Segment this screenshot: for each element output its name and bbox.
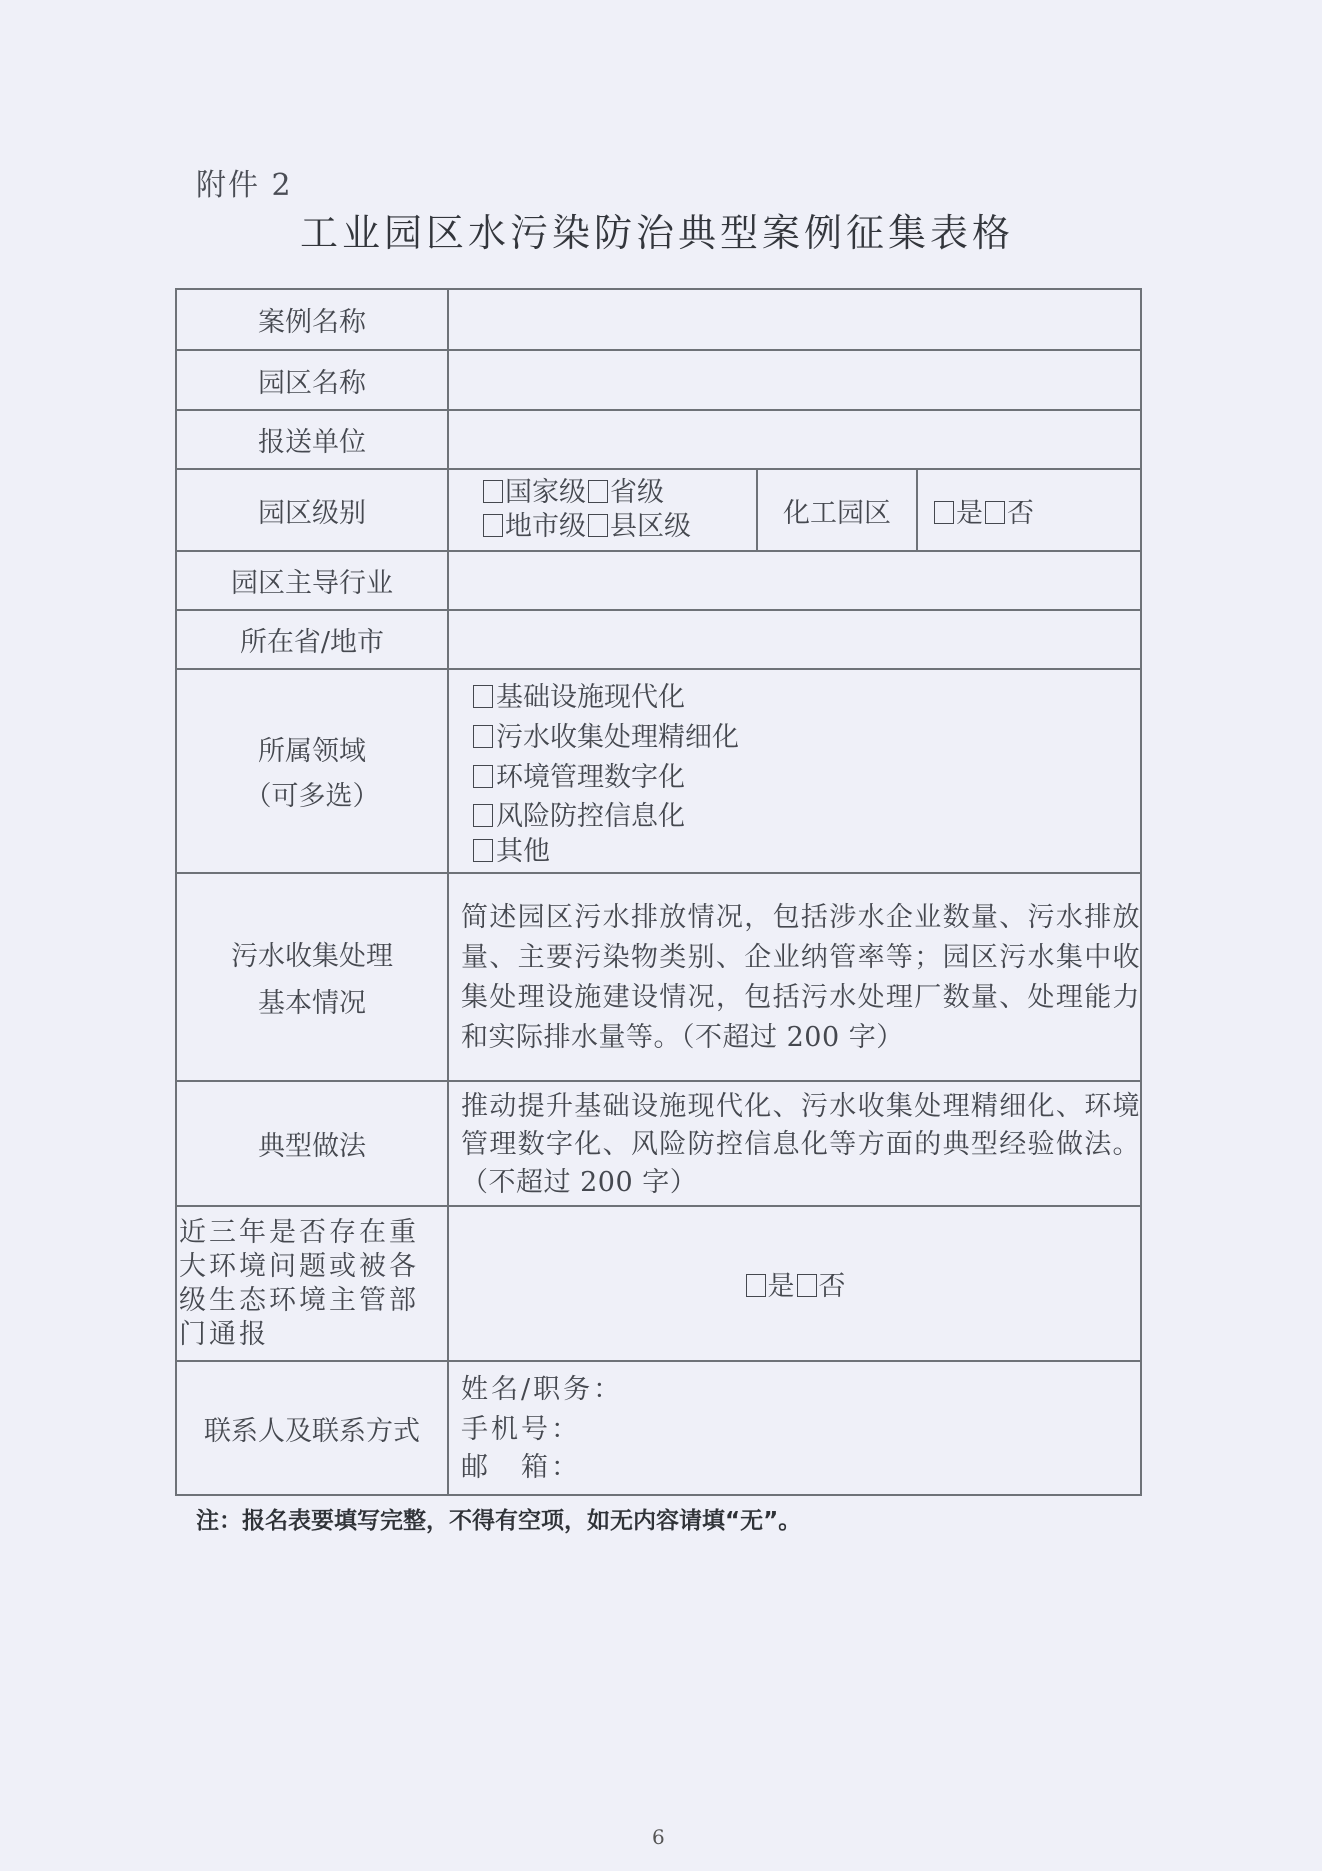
option-county-label: 县区级 — [610, 511, 691, 542]
checkbox-issue-yes[interactable] — [746, 1274, 766, 1297]
checkbox-county[interactable] — [588, 514, 608, 537]
major-issue-options: 是否 — [448, 1206, 1141, 1361]
footnote: 注：报名表要填写完整，不得有空项，如无内容请填“无”。 — [196, 1502, 801, 1535]
main-industry-label: 园区主导行业 — [176, 551, 448, 610]
table-row: 污水收集处理 基本情况 简述园区污水排放情况，包括涉水企业数量、污水排放量、主要… — [176, 873, 1141, 1081]
checkbox-chemical-no[interactable] — [985, 501, 1005, 524]
location-label: 所在省/地市 — [176, 610, 448, 669]
park-level-label: 园区级别 — [176, 469, 448, 551]
table-row: 联系人及联系方式 姓名/职务： 手机号： 邮 箱： — [176, 1361, 1141, 1495]
table-row: 园区主导行业 — [176, 551, 1141, 610]
typical-practice-hint: 推动提升基础设施现代化、污水收集处理精细化、环境管理数字化、风险防控信息化等方面… — [449, 1084, 1140, 1204]
table-row: 所在省/地市 — [176, 610, 1141, 669]
sewage-basic-hint: 简述园区污水排放情况，包括涉水企业数量、污水排放量、主要污染物类别、企业纳管率等… — [449, 894, 1140, 1060]
domain-options: 基础设施现代化 污水收集处理精细化 环境管理数字化 风险防控信息化 其他 — [448, 669, 1141, 873]
table-row: 所属领域 （可多选） 基础设施现代化 污水收集处理精细化 环境管理数字化 风险防… — [176, 669, 1141, 873]
chemical-park-label: 化工园区 — [757, 469, 917, 551]
checkbox-infrastructure[interactable] — [473, 685, 493, 708]
option-risk-info-label: 风险防控信息化 — [496, 801, 685, 832]
sewage-basic-label-line2: 基本情况 — [177, 981, 447, 1020]
checkbox-provincial[interactable] — [588, 480, 608, 503]
case-name-label: 案例名称 — [176, 289, 448, 350]
option-no-label: 否 — [1007, 498, 1034, 529]
option-city-label: 地市级 — [505, 511, 586, 542]
option-issue-no-label: 否 — [819, 1271, 846, 1302]
park-name-field[interactable] — [448, 350, 1141, 410]
option-national-label: 国家级 — [505, 477, 586, 508]
major-issue-label: 近三年是否存在重大环境问题或被各级生态环境主管部门通报 — [177, 1216, 447, 1352]
submitting-unit-field[interactable] — [448, 410, 1141, 469]
chemical-park-options: 是否 — [917, 469, 1141, 551]
option-other-label: 其他 — [496, 836, 550, 867]
domain-label: 所属领域 — [177, 729, 447, 768]
page-number: 6 — [652, 1825, 665, 1849]
submitting-unit-label: 报送单位 — [176, 410, 448, 469]
checkbox-risk-info[interactable] — [473, 804, 493, 827]
table-row: 典型做法 推动提升基础设施现代化、污水收集处理精细化、环境管理数字化、风险防控信… — [176, 1081, 1141, 1206]
option-provincial-label: 省级 — [610, 477, 664, 508]
contact-email: 邮 箱： — [449, 1450, 1140, 1486]
option-infrastructure-label: 基础设施现代化 — [496, 682, 685, 713]
domain-label-cell: 所属领域 （可多选） — [176, 669, 448, 873]
checkbox-city[interactable] — [483, 514, 503, 537]
main-industry-field[interactable] — [448, 551, 1141, 610]
option-yes-label: 是 — [956, 498, 983, 529]
checkbox-chemical-yes[interactable] — [934, 501, 954, 524]
typical-practice-label: 典型做法 — [176, 1081, 448, 1206]
sewage-basic-field[interactable]: 简述园区污水排放情况，包括涉水企业数量、污水排放量、主要污染物类别、企业纳管率等… — [448, 873, 1141, 1081]
sewage-basic-label-cell: 污水收集处理 基本情况 — [176, 873, 448, 1081]
contact-label: 联系人及联系方式 — [176, 1361, 448, 1495]
table-row: 园区名称 — [176, 350, 1141, 410]
case-form-table: 案例名称 园区名称 报送单位 园区级别 国家级省级 地市级县区级 化工园区 是否 — [175, 288, 1142, 1496]
sewage-basic-label-line1: 污水收集处理 — [177, 934, 447, 973]
park-level-options: 国家级省级 地市级县区级 — [448, 469, 757, 551]
option-sewage-refinement-label: 污水收集处理精细化 — [496, 722, 739, 753]
option-env-digital-label: 环境管理数字化 — [496, 762, 685, 793]
checkbox-env-digital[interactable] — [473, 765, 493, 788]
table-row: 报送单位 — [176, 410, 1141, 469]
table-row: 园区级别 国家级省级 地市级县区级 化工园区 是否 — [176, 469, 1141, 551]
location-field[interactable] — [448, 610, 1141, 669]
case-name-field[interactable] — [448, 289, 1141, 350]
typical-practice-field[interactable]: 推动提升基础设施现代化、污水收集处理精细化、环境管理数字化、风险防控信息化等方面… — [448, 1081, 1141, 1206]
park-name-label: 园区名称 — [176, 350, 448, 410]
table-row: 近三年是否存在重大环境问题或被各级生态环境主管部门通报 是否 — [176, 1206, 1141, 1361]
checkbox-sewage-refinement[interactable] — [473, 725, 493, 748]
option-issue-yes-label: 是 — [768, 1271, 795, 1302]
checkbox-national[interactable] — [483, 480, 503, 503]
major-issue-label-cell: 近三年是否存在重大环境问题或被各级生态环境主管部门通报 — [176, 1206, 448, 1361]
contact-phone: 手机号： — [449, 1410, 1140, 1450]
checkbox-issue-no[interactable] — [797, 1274, 817, 1297]
contact-name-title: 姓名/职务： — [449, 1370, 1140, 1410]
domain-sublabel: （可多选） — [177, 774, 447, 813]
page-title: 工业园区水污染防治典型案例征集表格 — [300, 202, 1014, 257]
attachment-label: 附件 2 — [196, 160, 293, 204]
table-row: 案例名称 — [176, 289, 1141, 350]
contact-field[interactable]: 姓名/职务： 手机号： 邮 箱： — [448, 1361, 1141, 1495]
checkbox-other[interactable] — [473, 839, 493, 862]
